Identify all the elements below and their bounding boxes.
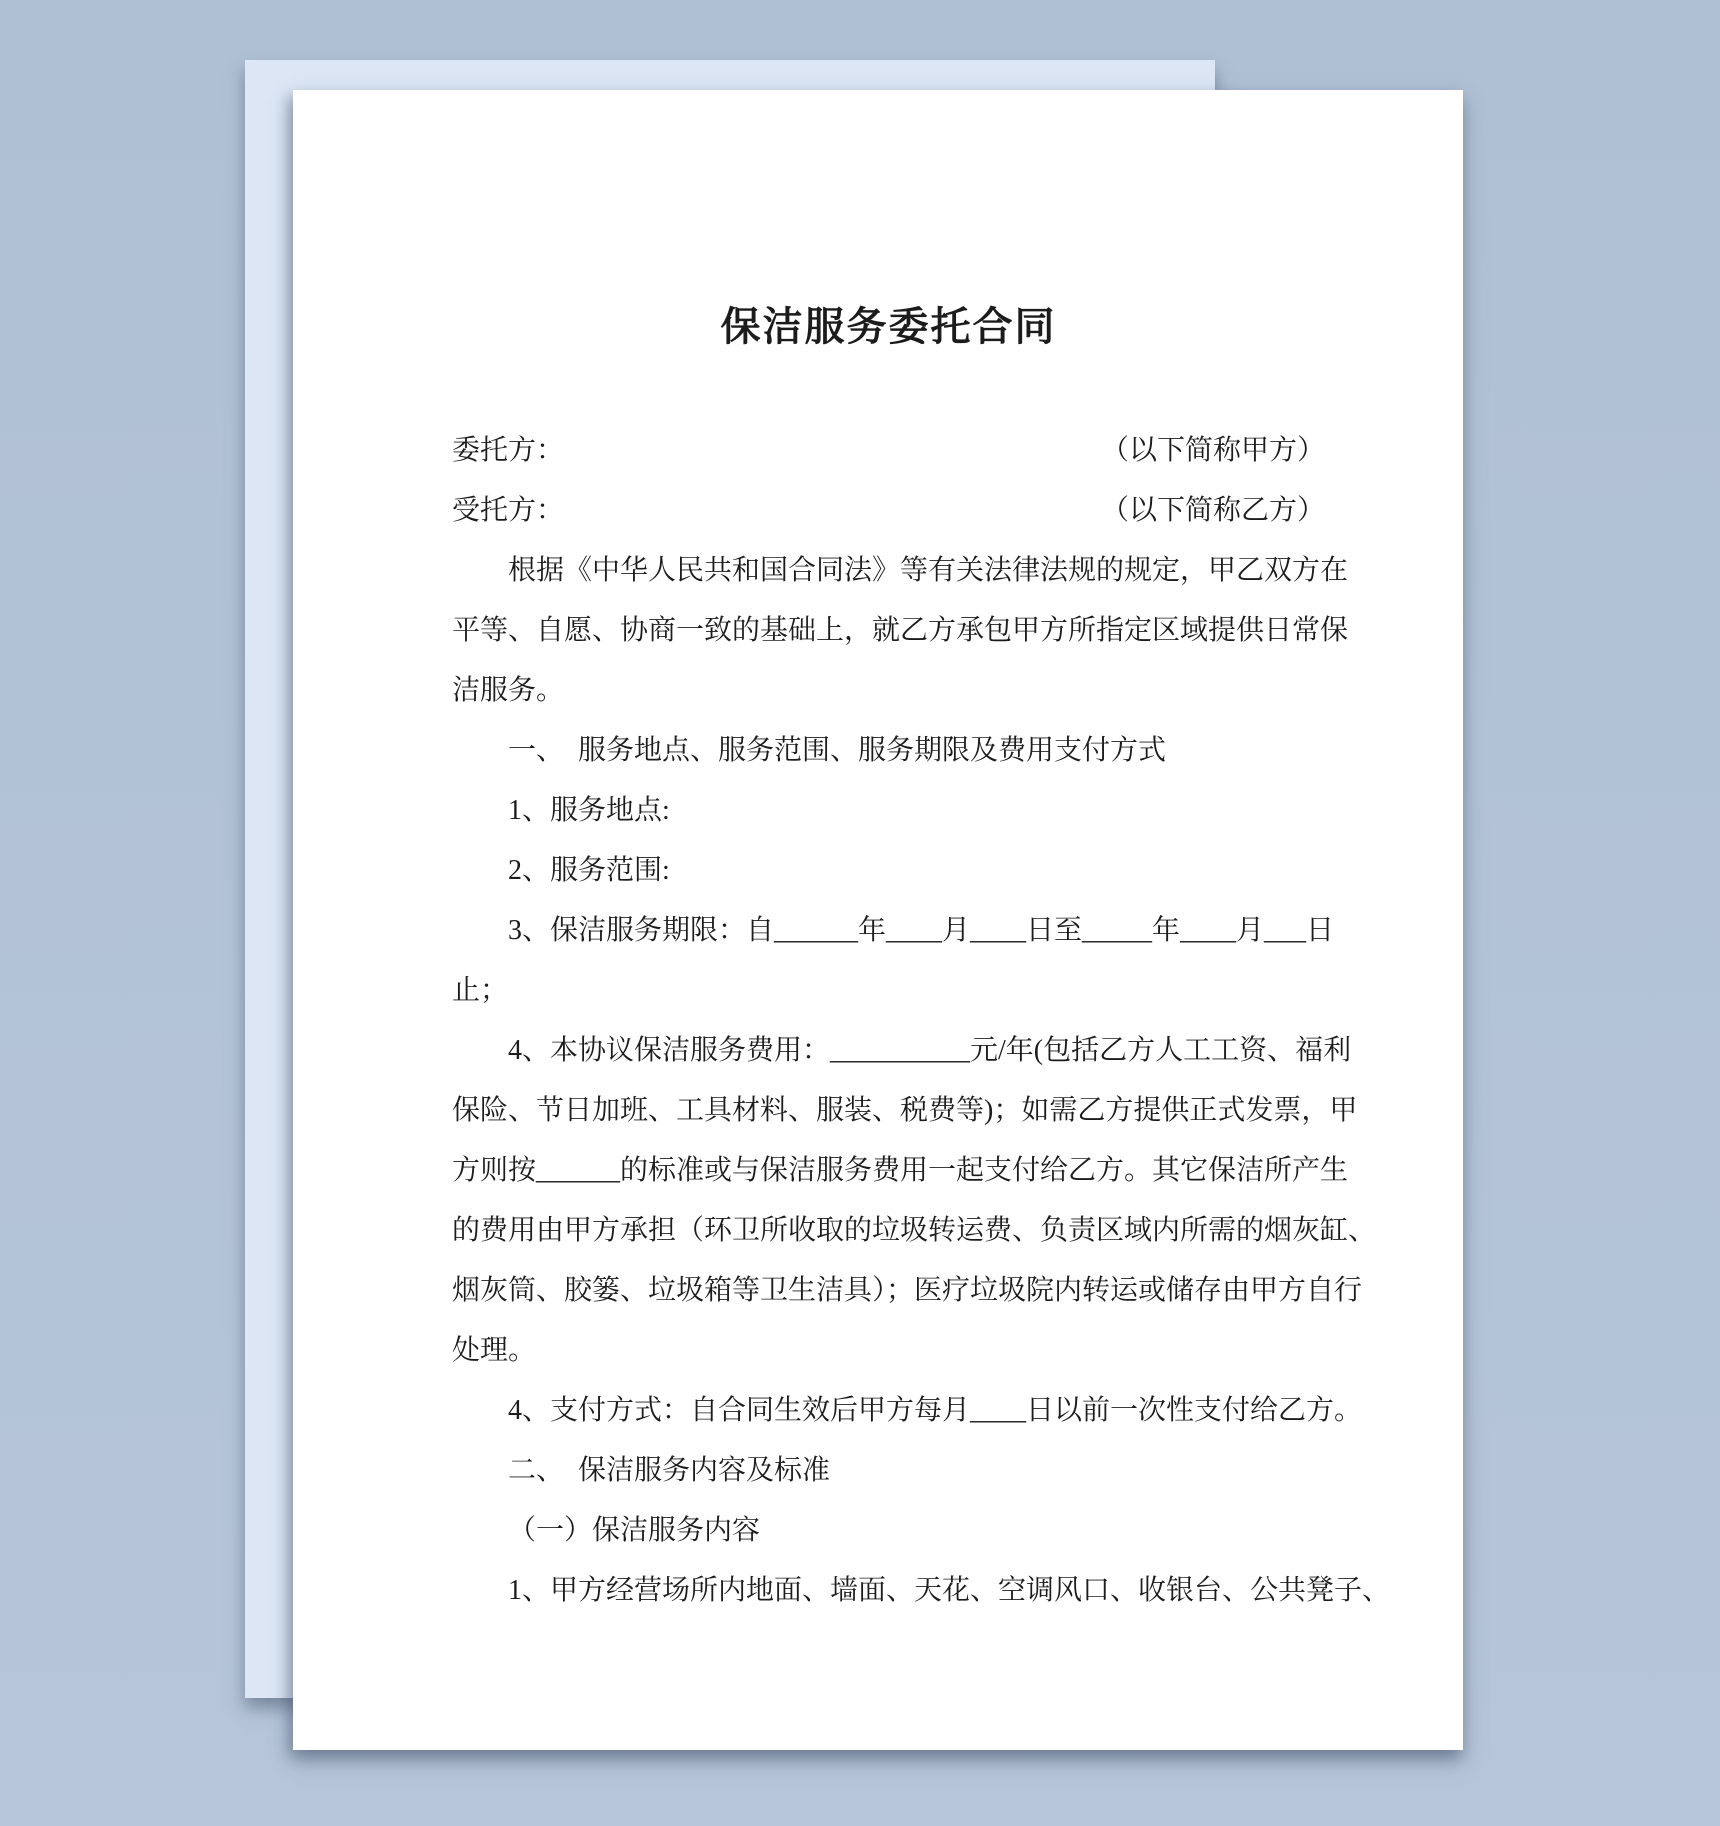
document-line: （一）保洁服务内容	[452, 1501, 1325, 1561]
document-line: 二、 保洁服务内容及标准	[452, 1441, 1325, 1501]
document-line: 4、支付方式：自合同生效后甲方每月____日以前一次性支付给乙方。	[452, 1381, 1325, 1441]
document-line: 的费用由甲方承担（环卫所收取的垃圾转运费、负责区域内所需的烟灰缸、	[452, 1201, 1325, 1261]
party-row: 委托方： （以下简称甲方）	[452, 421, 1325, 481]
document-line: 平等、自愿、协商一致的基础上，就乙方承包甲方所指定区域提供日常保	[452, 601, 1325, 661]
document-line: 处理。	[452, 1321, 1325, 1381]
document-line: 1、甲方经营场所内地面、墙面、天花、空调风口、收银台、公共凳子、	[452, 1561, 1325, 1621]
document-line: 止；	[452, 961, 1325, 1021]
document-title: 保洁服务委托合同	[452, 295, 1325, 359]
party-label: 受托方：	[452, 481, 564, 541]
party-rows: 委托方： （以下简称甲方） 受托方： （以下简称乙方）	[452, 421, 1325, 541]
desktop-background: 保洁服务委托合同 委托方： （以下简称甲方） 受托方： （以下简称乙方） 根据《…	[0, 0, 1720, 1826]
document-line: 根据《中华人民共和国合同法》等有关法律法规的规定，甲乙双方在	[452, 541, 1325, 601]
document-line: 1、服务地点:	[452, 781, 1325, 841]
document-line: 方则按______的标准或与保洁服务费用一起支付给乙方。其它保洁所产生	[452, 1141, 1325, 1201]
party-label: 委托方：	[452, 421, 564, 481]
document-line: 保险、节日加班、工具材料、服装、税费等)；如需乙方提供正式发票，甲	[452, 1081, 1325, 1141]
document-body: 根据《中华人民共和国合同法》等有关法律法规的规定，甲乙双方在 平等、自愿、协商一…	[452, 541, 1325, 1621]
document-line: 洁服务。	[452, 661, 1325, 721]
document-line: 3、保洁服务期限：自______年____月____日至_____年____月_…	[452, 901, 1325, 961]
document-content: 保洁服务委托合同 委托方： （以下简称甲方） 受托方： （以下简称乙方） 根据《…	[452, 90, 1325, 1621]
party-row: 受托方： （以下简称乙方）	[452, 481, 1325, 541]
party-note: （以下简称甲方）	[1101, 421, 1325, 481]
document-line: 一、 服务地点、服务范围、服务期限及费用支付方式	[452, 721, 1325, 781]
document-line: 烟灰筒、胶篓、垃圾箱等卫生洁具）；医疗垃圾院内转运或储存由甲方自行	[452, 1261, 1325, 1321]
document-line: 4、本协议保洁服务费用：__________元/年(包括乙方人工工资、福利	[452, 1021, 1325, 1081]
party-note: （以下简称乙方）	[1101, 481, 1325, 541]
paper-sheet-front: 保洁服务委托合同 委托方： （以下简称甲方） 受托方： （以下简称乙方） 根据《…	[293, 90, 1463, 1750]
document-line: 2、服务范围:	[452, 841, 1325, 901]
